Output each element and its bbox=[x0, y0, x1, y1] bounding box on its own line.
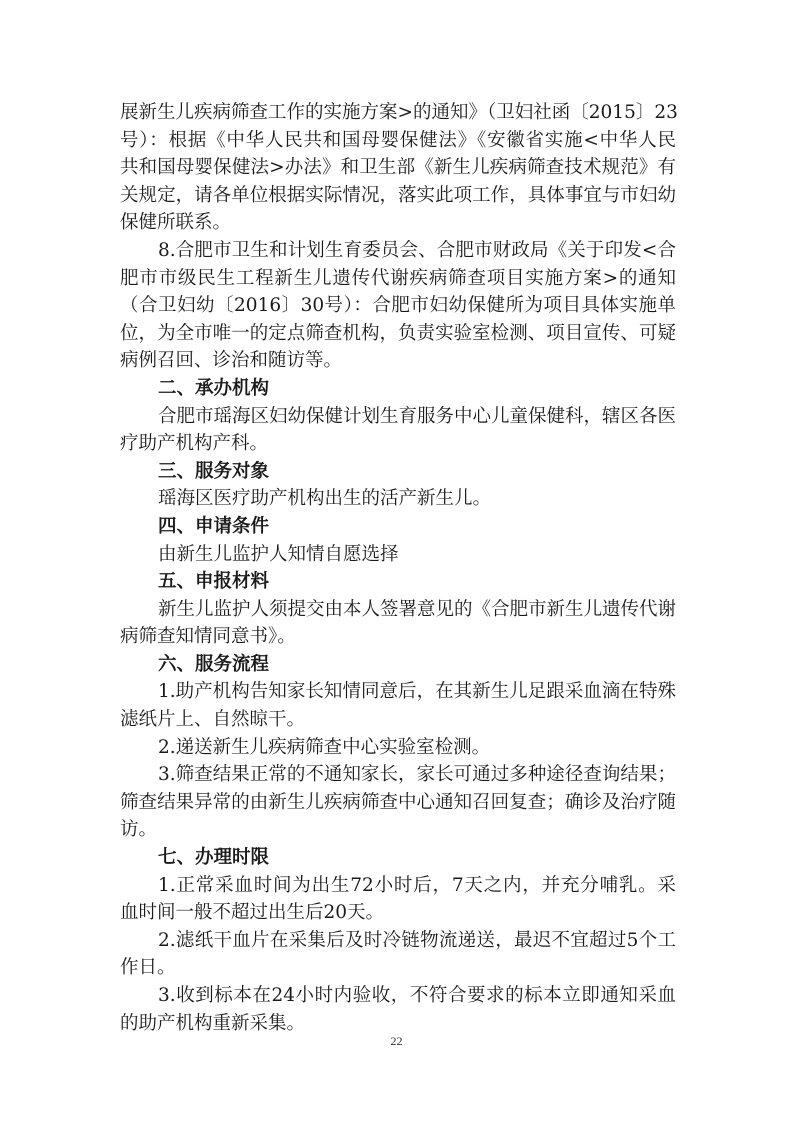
text-line: 血时间一般不超过出生后20天。 bbox=[120, 899, 676, 927]
text-line: 作日。 bbox=[120, 954, 676, 982]
document-body: 展新生儿疾病筛查工作的实施方案>的通知》（卫妇社函〔2015〕23 号）：根据《… bbox=[120, 99, 676, 1037]
list-item-8: 8.合肥市卫生和计划生育委员会、合肥市财政局《关于印发<合 bbox=[120, 237, 676, 265]
text-line: 病例召回、诊治和随访等。 bbox=[120, 347, 676, 375]
list-item-2: 2.递送新生儿疾病筛查中心实验室检测。 bbox=[120, 734, 676, 762]
text-line: 新生儿监护人须提交由本人签署意见的《合肥市新生儿遗传代谢 bbox=[120, 596, 676, 624]
text-line: 位，为全市唯一的定点筛查机构，负责实验室检测、项目宣传、可疑 bbox=[120, 320, 676, 348]
text-line: 疗助产机构产科。 bbox=[120, 430, 676, 458]
text-line: 访。 bbox=[120, 816, 676, 844]
text-line: 号）：根据《中华人民共和国母婴保健法》《安徽省实施<中华人民 bbox=[120, 127, 676, 155]
text-line: 滤纸片上、自然晾干。 bbox=[120, 706, 676, 734]
text-line: 关规定，请各单位根据实际情况，落实此项工作，具体事宜与市妇幼 bbox=[120, 182, 676, 210]
page-number: 22 bbox=[0, 1034, 793, 1049]
text-line: 展新生儿疾病筛查工作的实施方案>的通知》（卫妇社函〔2015〕23 bbox=[120, 99, 676, 127]
section-heading-time-limit: 七、办理时限 bbox=[120, 844, 676, 872]
list-item-1: 1.正常采血时间为出生72小时后，7天之内，并充分哺乳。采 bbox=[120, 872, 676, 900]
section-heading-service-process: 六、服务流程 bbox=[120, 651, 676, 679]
list-item-2: 2.滤纸干血片在采集后及时冷链物流递送，最迟不宜超过5个工 bbox=[120, 927, 676, 955]
section-heading-service-target: 三、服务对象 bbox=[120, 458, 676, 486]
text-line: 病筛查知情同意书》。 bbox=[120, 623, 676, 651]
text-line: 由新生儿监护人知情自愿选择 bbox=[120, 541, 676, 569]
section-heading-materials: 五、申报材料 bbox=[120, 568, 676, 596]
list-item-3: 3.筛查结果正常的不通知家长，家长可通过多种途径查询结果； bbox=[120, 761, 676, 789]
text-line: 保健所联系。 bbox=[120, 209, 676, 237]
text-line: 肥市市级民生工程新生儿遗传代谢疾病筛查项目实施方案>的通知 bbox=[120, 265, 676, 293]
section-heading-undertaking-agency: 二、承办机构 bbox=[120, 375, 676, 403]
text-line: （合卫妇幼〔2016〕30号）：合肥市妇幼保健所为项目具体实施单 bbox=[120, 292, 676, 320]
text-line: 共和国母婴保健法>办法》和卫生部《新生儿疾病筛查技术规范》有 bbox=[120, 154, 676, 182]
text-line: 筛查结果异常的由新生儿疾病筛查中心通知召回复查；确诊及治疗随 bbox=[120, 789, 676, 817]
text-line: 合肥市瑶海区妇幼保健计划生育服务中心儿童保健科，辖区各医 bbox=[120, 403, 676, 431]
section-heading-application-conditions: 四、申请条件 bbox=[120, 513, 676, 541]
list-item-3: 3.收到标本在24小时内验收，不符合要求的标本立即通知采血 bbox=[120, 982, 676, 1010]
list-item-1: 1.助产机构告知家长知情同意后，在其新生儿足跟采血滴在特殊 bbox=[120, 678, 676, 706]
text-line: 瑶海区医疗助产机构出生的活产新生儿。 bbox=[120, 485, 676, 513]
